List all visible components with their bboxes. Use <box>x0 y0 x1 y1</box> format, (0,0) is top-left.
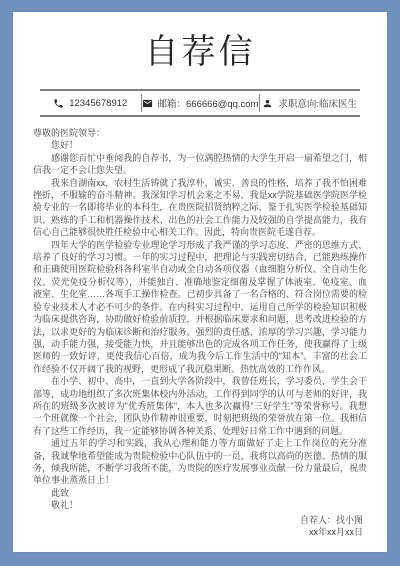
paragraph-2: 我来自湖南xx，农村生活铸就了我淳朴、诚实、善良的性格，培养了我不怕困难挫折，不… <box>33 177 367 239</box>
job-intention: 求职意向:临床医生 <box>278 96 357 110</box>
person-icon <box>262 98 273 109</box>
email-address: 邮箱：666666@qq.com <box>158 96 259 110</box>
contact-email: 邮箱：666666@qq.com <box>142 96 259 110</box>
paragraph-1: 感谢您百忙中垂阅我的自荐书，为一位满腔热情的大学生开启一扇希望之门，相信我一定不… <box>33 152 367 177</box>
signature-date: xx年xx月xx日 <box>33 526 363 538</box>
contact-phone: 12345678912 <box>40 98 141 109</box>
closing-cizhi: 此致 <box>33 487 367 499</box>
envelope-icon <box>142 98 153 109</box>
letter-page: 自荐信 12345678912 邮箱：666666@qq.com 求职意向:临床… <box>13 12 387 552</box>
salutation: 尊敬的医院领导： <box>33 127 367 139</box>
phone-number: 12345678912 <box>69 98 127 109</box>
signer-name: 自荐人：找小图 <box>33 514 363 526</box>
contact-bar: 12345678912 邮箱：666666@qq.com 求职意向:临床医生 <box>40 89 360 117</box>
letter-body: 尊敬的医院领导： 您好！ 感谢您百忙中垂阅我的自荐书，为一位满腔热情的大学生开启… <box>33 127 367 538</box>
contact-intention: 求职意向:临床医生 <box>260 96 361 110</box>
page-title: 自荐信 <box>13 31 387 73</box>
paragraph-5: 通过五年的学习和实践，我从心理和能力等方面做好了走上工作岗位的充分准备，我诚挚地… <box>33 437 367 487</box>
signature-block: 自荐人：找小图 xx年xx月xx日 <box>33 514 367 539</box>
paragraph-4: 在小学、初中、高中，一直到大学各阶段中，我曾任班长，学习委员，学生会干部等，成功… <box>33 375 367 437</box>
greeting: 您好！ <box>33 139 367 151</box>
closing-jingli: 敬礼！ <box>33 499 367 511</box>
phone-icon <box>53 98 64 109</box>
paragraph-3: 四年大学的医学检验专业理论学习形成了我严谨的学习态度、严密的思维方式、培养了良好… <box>33 239 367 375</box>
